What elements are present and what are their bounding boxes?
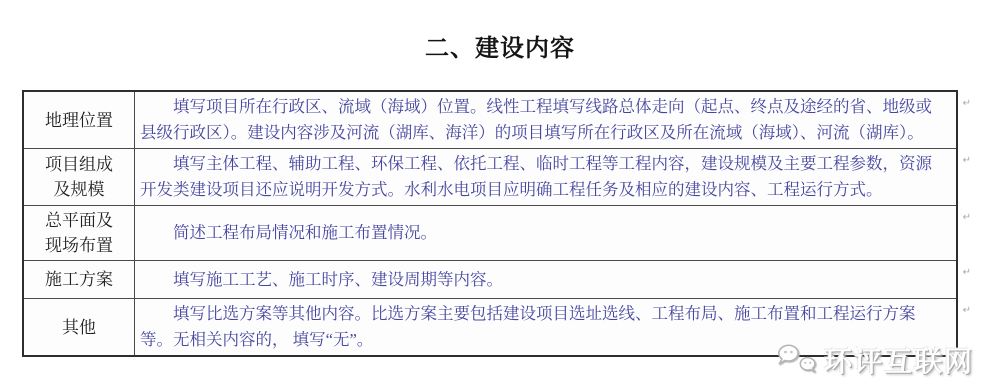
table-row: 施工方案填写施工工艺、施工时序、建设周期等内容。↵ (24, 261, 956, 299)
row-content-cell: 填写施工工艺、施工时序、建设周期等内容。 (135, 261, 956, 298)
row-label: 施工方案 (24, 261, 135, 298)
row-content-text: 填写主体工程、辅助工程、环保工程、依托工程、临时工程等工程内容，建设规模及主要工… (140, 151, 947, 203)
content-table: 地理位置填写项目所在行政区、流域（海域）位置。线性工程填写线路总体走向（起点、终… (22, 90, 958, 357)
row-content-cell: 填写主体工程、辅助工程、环保工程、依托工程、临时工程等工程内容，建设规模及主要工… (135, 149, 956, 205)
cell-end-mark: ↵ (963, 212, 971, 223)
row-label: 其他 (24, 299, 135, 355)
table-row: 其他填写比选方案等其他内容。比选方案主要包括建设项目选址选线、工程布局、施工布置… (24, 299, 956, 355)
row-content-cell: 简述工程布局情况和施工布置情况。 (135, 206, 956, 260)
row-content-text: 简述工程布局情况和施工布置情况。 (140, 220, 437, 246)
table-row: 项目组成 及规模填写主体工程、辅助工程、环保工程、依托工程、临时工程等工程内容，… (24, 149, 956, 206)
row-label: 地理位置 (24, 92, 135, 148)
row-label: 总平面及 现场布置 (24, 206, 135, 260)
cell-end-mark: ↵ (963, 98, 971, 109)
cell-end-mark: ↵ (963, 155, 971, 166)
row-content-cell: 填写比选方案等其他内容。比选方案主要包括建设项目选址选线、工程布局、施工布置和工… (135, 299, 956, 355)
cell-end-mark: ↵ (963, 267, 971, 278)
table-row: 地理位置填写项目所在行政区、流域（海域）位置。线性工程填写线路总体走向（起点、终… (24, 92, 956, 149)
row-content-cell: 填写项目所在行政区、流域（海域）位置。线性工程填写线路总体走向（起点、终点及途经… (135, 92, 956, 148)
row-content-text: 填写施工工艺、施工时序、建设周期等内容。 (140, 267, 503, 293)
row-content-text: 填写项目所在行政区、流域（海域）位置。线性工程填写线路总体走向（起点、终点及途经… (140, 94, 947, 146)
table-row: 总平面及 现场布置简述工程布局情况和施工布置情况。↵ (24, 206, 956, 261)
row-label: 项目组成 及规模 (24, 149, 135, 205)
row-content-text: 填写比选方案等其他内容。比选方案主要包括建设项目选址选线、工程布局、施工布置和工… (140, 301, 947, 353)
page-title: 二、建设内容 (0, 28, 1000, 63)
cell-end-mark: ↵ (963, 305, 971, 316)
